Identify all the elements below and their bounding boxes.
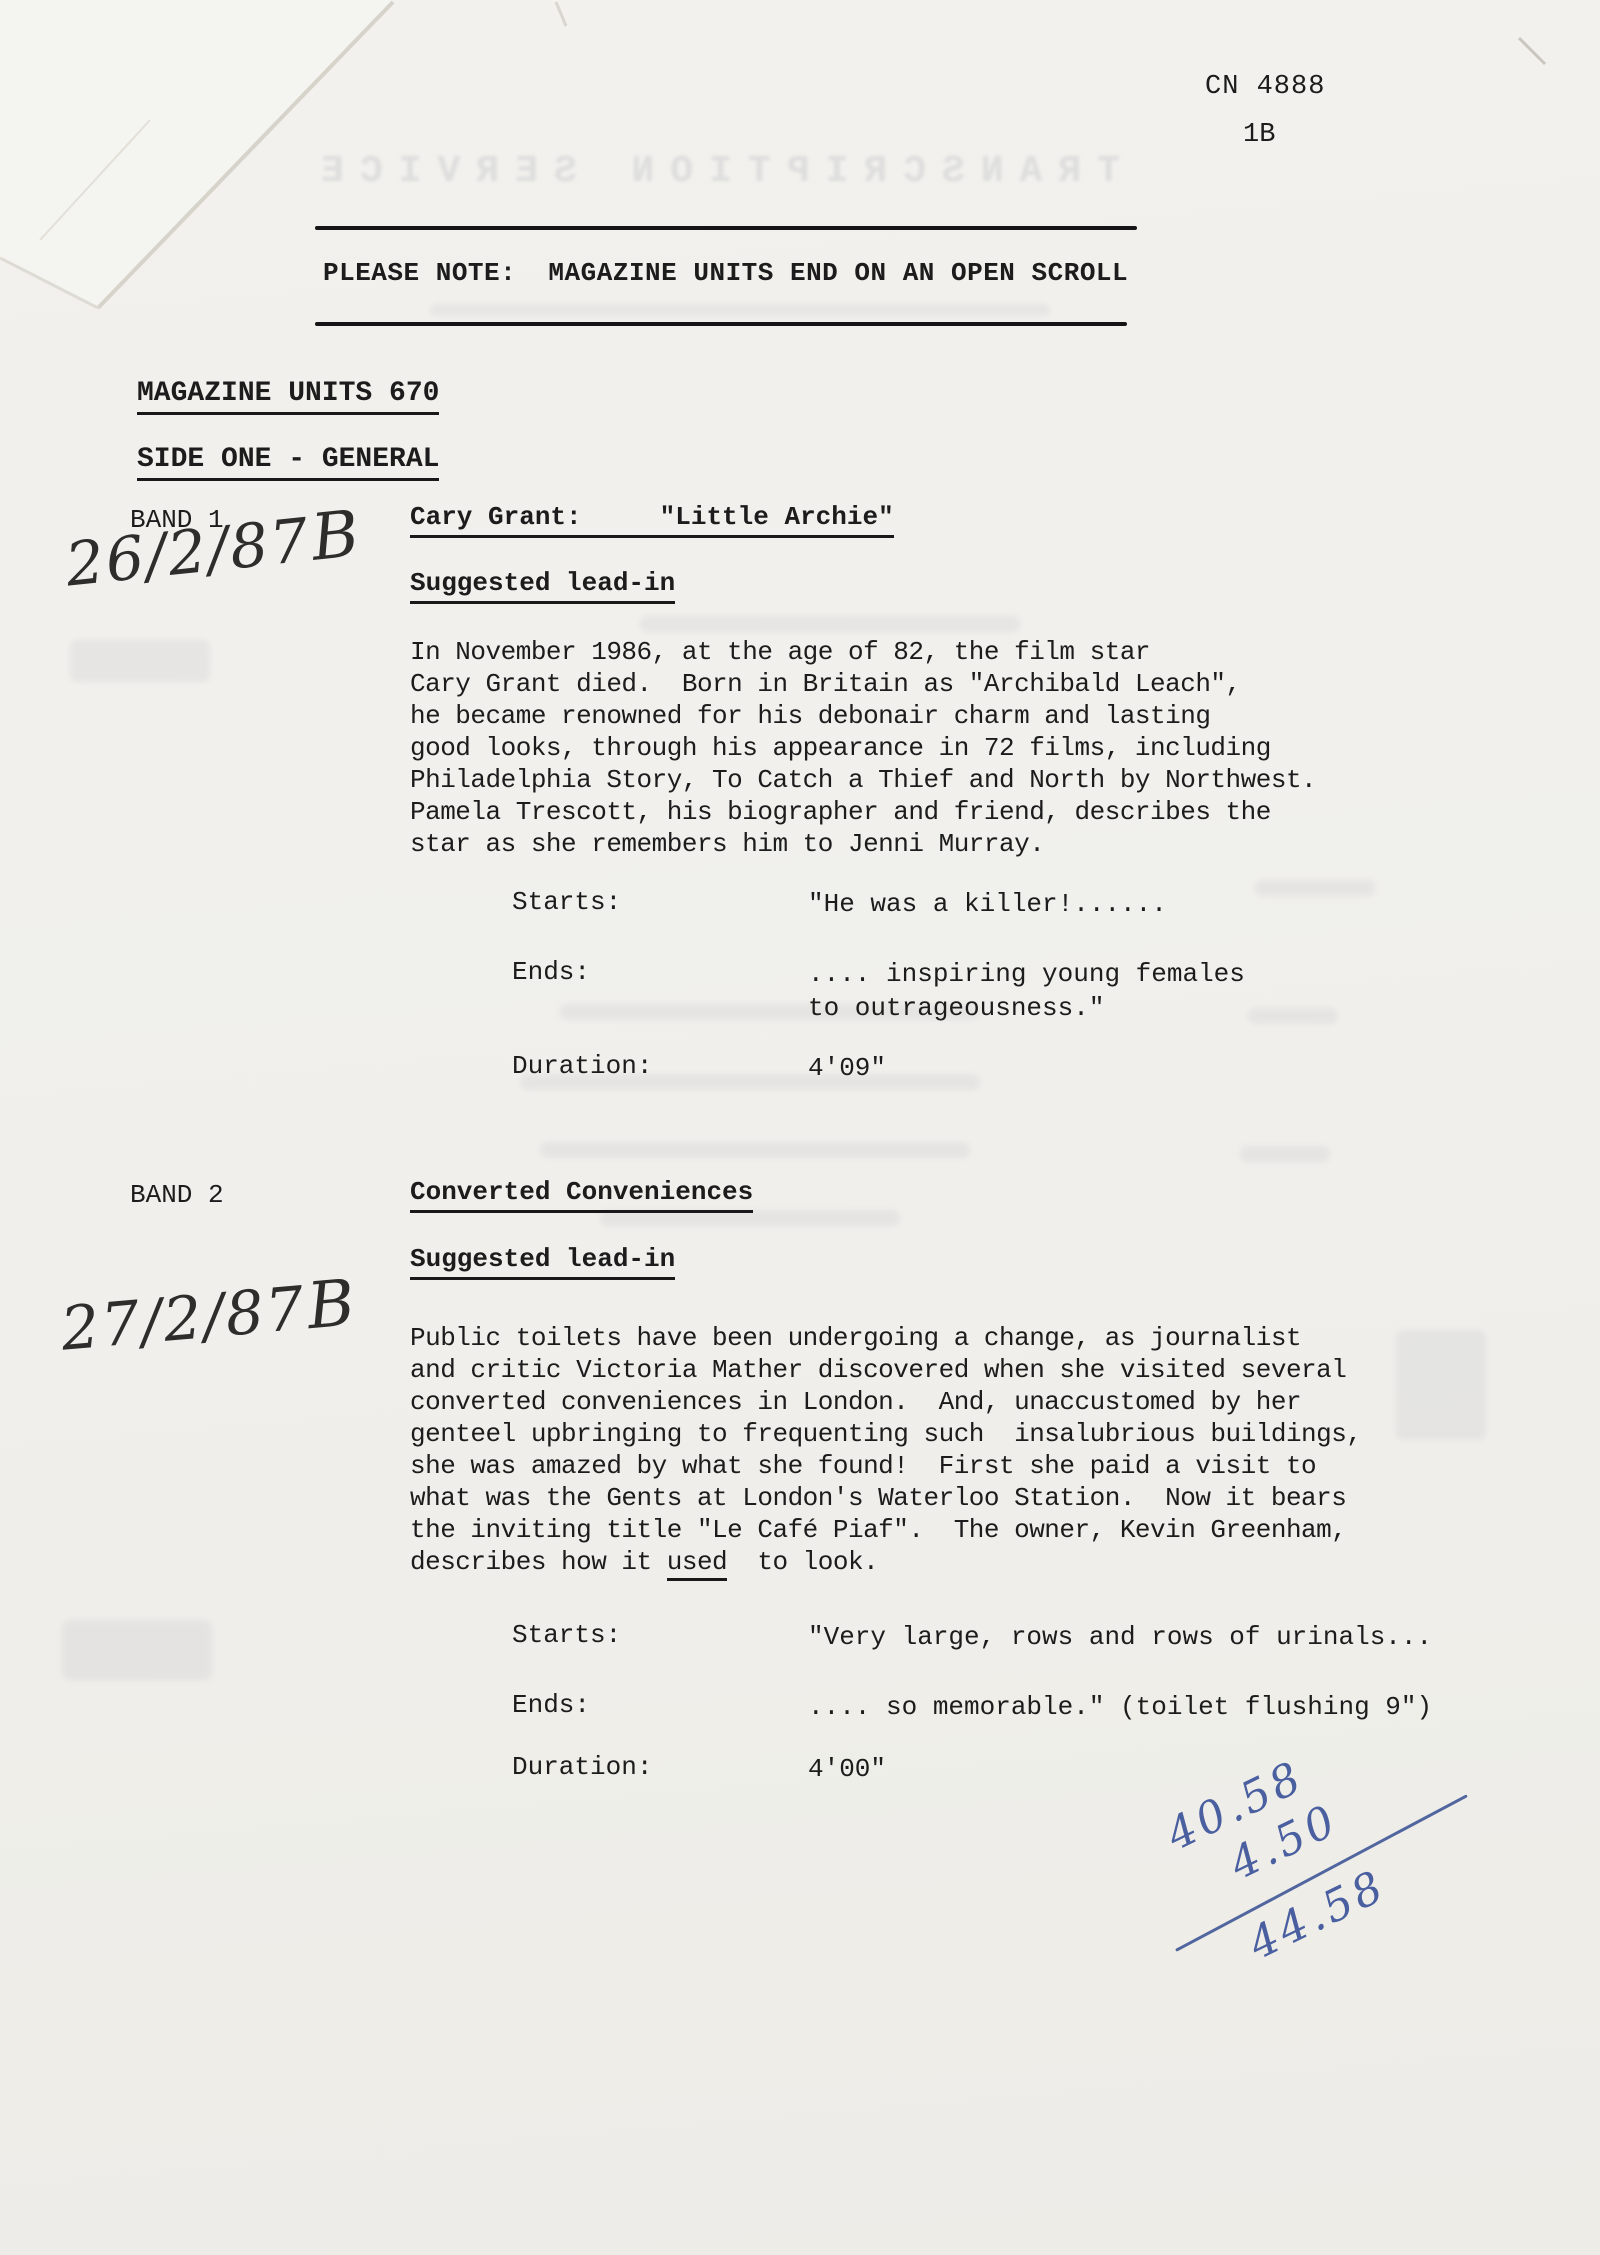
band2-starts-label: Starts: (512, 1620, 621, 1650)
band1-duration-value: 4'09" (808, 1051, 886, 1085)
bleed-through-streak (430, 304, 1050, 316)
bleed-through-streak (62, 1620, 212, 1680)
band1-date-text: 26/2/87 (62, 505, 313, 600)
bleed-through-streak (640, 616, 1020, 632)
bleed-through-streak (540, 1142, 970, 1158)
band2-label: BAND 2 (130, 1180, 224, 1210)
band2-ends-value: .... so memorable." (toilet flushing 9") (808, 1690, 1432, 1724)
band2-date-initials: B (304, 1266, 359, 1344)
band2-lead-in-part2: to look. (727, 1547, 878, 1577)
paper-crease-marks (0, 0, 1600, 120)
band1-handwritten-date: 26/2/87B (62, 497, 364, 602)
bleed-through-streak (70, 640, 210, 682)
band2-lead-in-paragraph: Public toilets have been undergoing a ch… (410, 1322, 1490, 1578)
band1-lead-in-paragraph: In November 1986, at the age of 82, the … (410, 636, 1420, 860)
band2-duration-value: 4'00" (808, 1752, 886, 1786)
document-subtitle: SIDE ONE - GENERAL (137, 444, 439, 481)
band2-lead-in-underlined-word: used (667, 1547, 727, 1581)
bleed-through-streak (1255, 880, 1375, 896)
band1-starts-value: "He was a killer!...... (808, 887, 1167, 921)
band1-duration-label: Duration: (512, 1051, 652, 1081)
band1-ends-label: Ends: (512, 957, 590, 987)
band2-title: Converted Conveniences (410, 1177, 753, 1213)
band1-date-initials: B (308, 497, 364, 576)
divider-rule-bottom (315, 322, 1127, 326)
document-title: MAGAZINE UNITS 670 (137, 378, 439, 415)
band2-duration-label: Duration: (512, 1752, 652, 1782)
divider-rule-top (315, 226, 1137, 230)
band2-starts-value: "Very large, rows and rows of urinals... (808, 1620, 1432, 1654)
bleed-through-streak (1240, 1146, 1330, 1162)
bleed-through-streak (1248, 1008, 1338, 1024)
band2-date-text: 27/2/87 (58, 1274, 308, 1365)
bleed-through-mirrored-header: TRANSCRIPTION SERVICE (340, 150, 1120, 193)
band2-handwritten-date: 27/2/87B (58, 1266, 360, 1366)
page-number: 1B (1243, 120, 1275, 150)
reference-number: CN 4888 (1205, 72, 1325, 102)
scanned-document-page: TRANSCRIPTION SERVICE CN 4888 1B PLEASE … (0, 0, 1600, 2255)
band1-title: Cary Grant: "Little Archie" (410, 502, 894, 538)
band1-ends-value: .... inspiring young females to outrageo… (808, 957, 1245, 1025)
band2-lead-in-part1: Public toilets have been undergoing a ch… (410, 1323, 1361, 1577)
band1-lead-in-heading: Suggested lead-in (410, 568, 675, 604)
band2-ends-label: Ends: (512, 1690, 590, 1720)
band2-lead-in-heading: Suggested lead-in (410, 1244, 675, 1280)
notice-banner: PLEASE NOTE: MAGAZINE UNITS END ON AN OP… (323, 258, 1128, 288)
band1-starts-label: Starts: (512, 887, 621, 917)
